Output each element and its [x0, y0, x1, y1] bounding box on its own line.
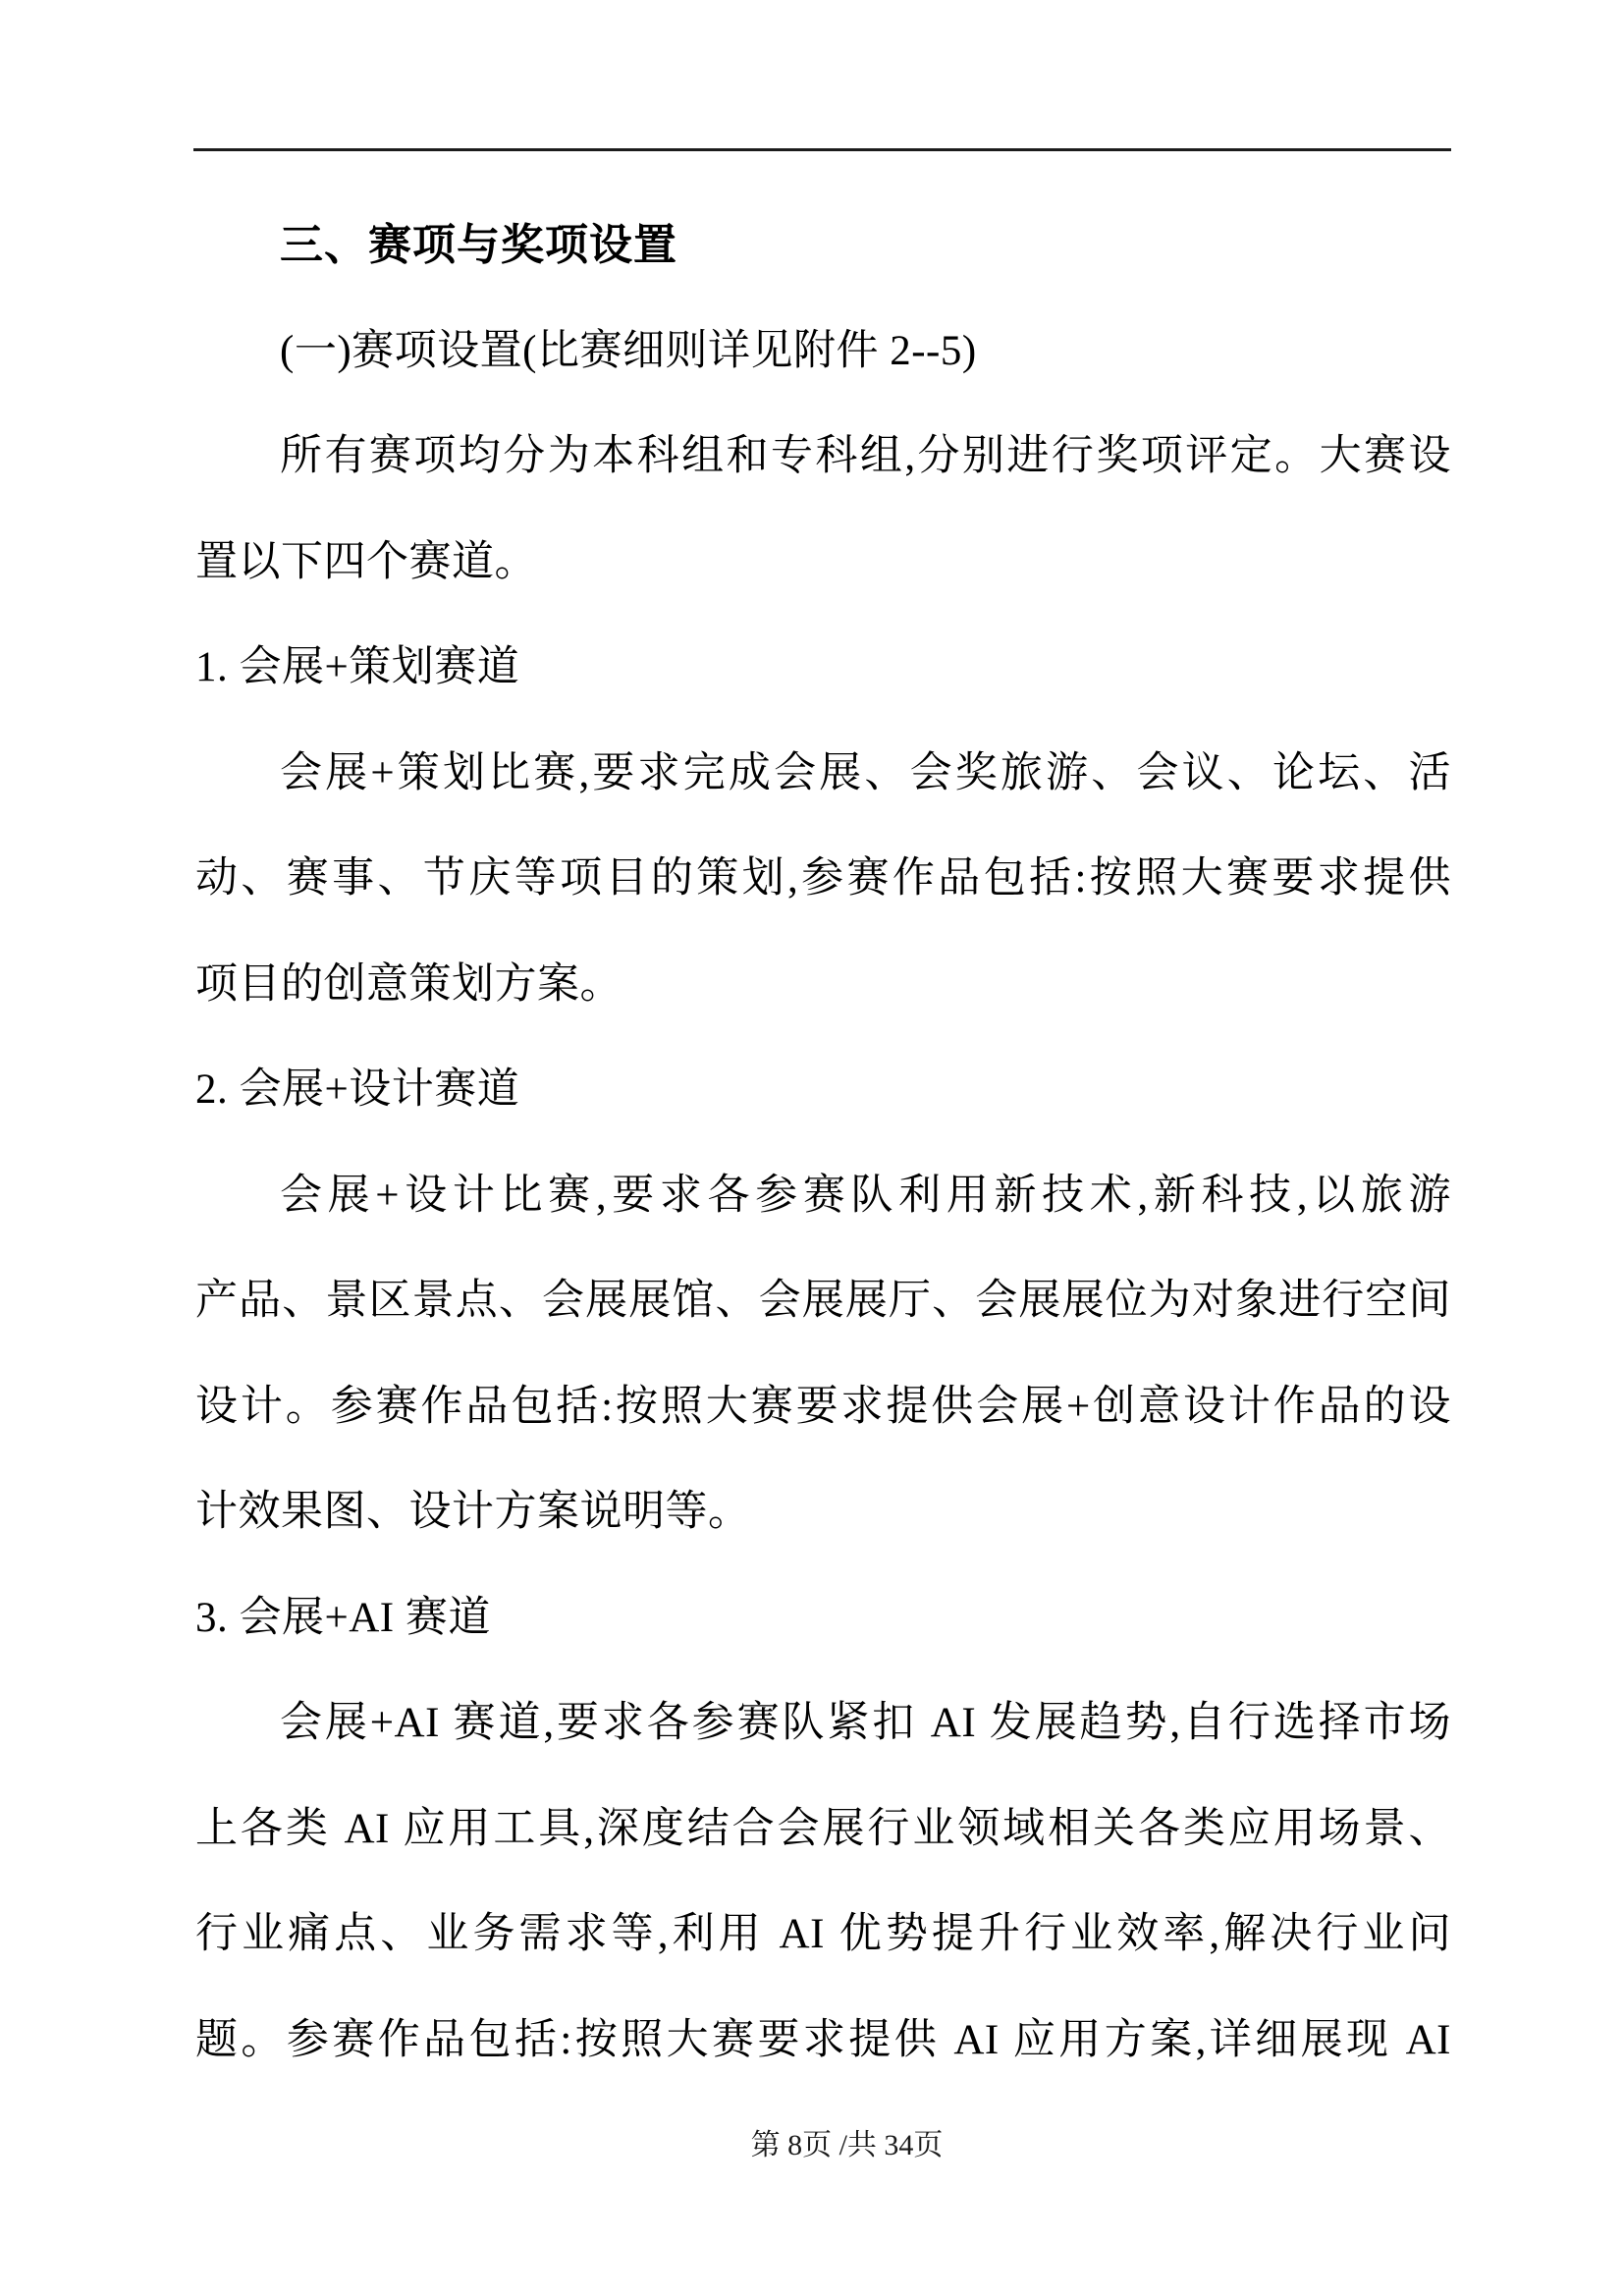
page-header-rule [193, 148, 1451, 151]
page-number: 第 8页 /共 34页 [751, 2129, 944, 2161]
page-footer: 第 8页 /共 34页 [35, 2121, 1623, 2170]
track-1-heading: 1. 会展+策划赛道 [195, 615, 1451, 721]
body-line: 会展+策划比赛,要求完成会展、会奖旅游、会议、论坛、活 [195, 721, 1451, 827]
body-line: 上各类 AI 应用工具,深度结合会展行业领域相关各类应用场景、 [195, 1777, 1451, 1883]
section-heading: 三、赛项与奖项设置 [195, 192, 1451, 299]
body-line: 动、赛事、节庆等项目的策划,参赛作品包括:按照大赛要求提供 [195, 826, 1451, 932]
track-3-heading: 3. 会展+AI 赛道 [195, 1565, 1451, 1671]
body-line: 题。参赛作品包括:按照大赛要求提供 AI 应用方案,详细展现 AI [195, 1988, 1451, 2094]
document-body: 三、赛项与奖项设置 (一)赛项设置(比赛细则详见附件 2--5) 所有赛项均分为… [195, 192, 1451, 2093]
body-line: 行业痛点、业务需求等,利用 AI 优势提升行业效率,解决行业问 [195, 1882, 1451, 1988]
body-line: 置以下四个赛道。 [195, 510, 1451, 616]
track-2-heading: 2. 会展+设计赛道 [195, 1037, 1451, 1143]
subsection-heading: (一)赛项设置(比赛细则详见附件 2--5) [195, 299, 1451, 405]
body-line: 设计。参赛作品包括:按照大赛要求提供会展+创意设计作品的设 [195, 1354, 1451, 1460]
document-page: 三、赛项与奖项设置 (一)赛项设置(比赛细则详见附件 2--5) 所有赛项均分为… [0, 0, 1623, 2296]
body-line: 所有赛项均分为本科组和专科组,分别进行奖项评定。大赛设 [195, 404, 1451, 510]
body-line: 会展+AI 赛道,要求各参赛队紧扣 AI 发展趋势,自行选择市场 [195, 1670, 1451, 1777]
body-line: 计效果图、设计方案说明等。 [195, 1459, 1451, 1565]
body-line: 会展+设计比赛,要求各参赛队利用新技术,新科技,以旅游 [195, 1143, 1451, 1249]
body-line: 项目的创意策划方案。 [195, 932, 1451, 1038]
body-line: 产品、景区景点、会展展馆、会展展厅、会展展位为对象进行空间 [195, 1248, 1451, 1354]
